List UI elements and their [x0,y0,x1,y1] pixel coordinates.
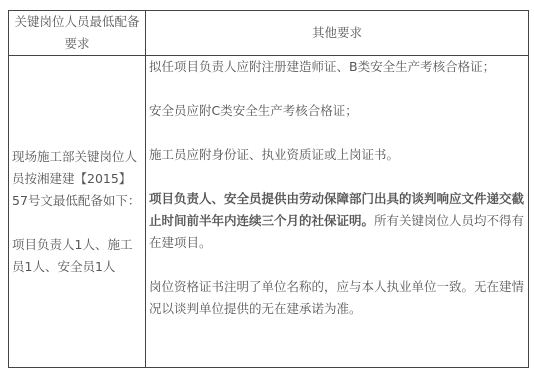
requirement-certificate-unit: 岗位资格证书注明了单位名称的，应与本人执业单位一致。无在建情况以谈判单位提供的无… [149,276,525,320]
other-requirements-cell: 拟任项目负责人应附注册建造师证、B类安全生产考核合格证； 安全员应附C类安全生产… [146,56,529,368]
header-cell-other-requirements: 其他要求 [146,11,529,56]
requirement-social-security: 项目负责人、安全员提供由劳动保障部门出具的谈判响应文件递交截止时间前半年内连续三… [149,188,525,254]
staffing-roles-text: 项目负责人1人、施工员1人、安全员1人 [12,234,142,278]
header-cell-min-staffing: 关键岗位人员最低配备要求 [9,11,146,56]
requirement-construction-worker: 施工员应附身份证、执业资质证或上岗证书。 [149,144,525,166]
table-header-row: 关键岗位人员最低配备要求 其他要求 [9,11,529,56]
table-row: 现场施工部关键岗位人员按湘建建【2015】57号文最低配备如下： 项目负责人1人… [9,56,529,368]
requirements-table: 关键岗位人员最低配备要求 其他要求 现场施工部关键岗位人员按湘建建【2015】5… [8,10,529,368]
requirement-safety-officer: 安全员应附C类安全生产考核合格证； [149,100,525,122]
min-staffing-cell: 现场施工部关键岗位人员按湘建建【2015】57号文最低配备如下： 项目负责人1人… [9,56,146,368]
staffing-basis-text: 现场施工部关键岗位人员按湘建建【2015】57号文最低配备如下： [12,146,142,212]
requirement-project-manager: 拟任项目负责人应附注册建造师证、B类安全生产考核合格证； [149,56,525,78]
